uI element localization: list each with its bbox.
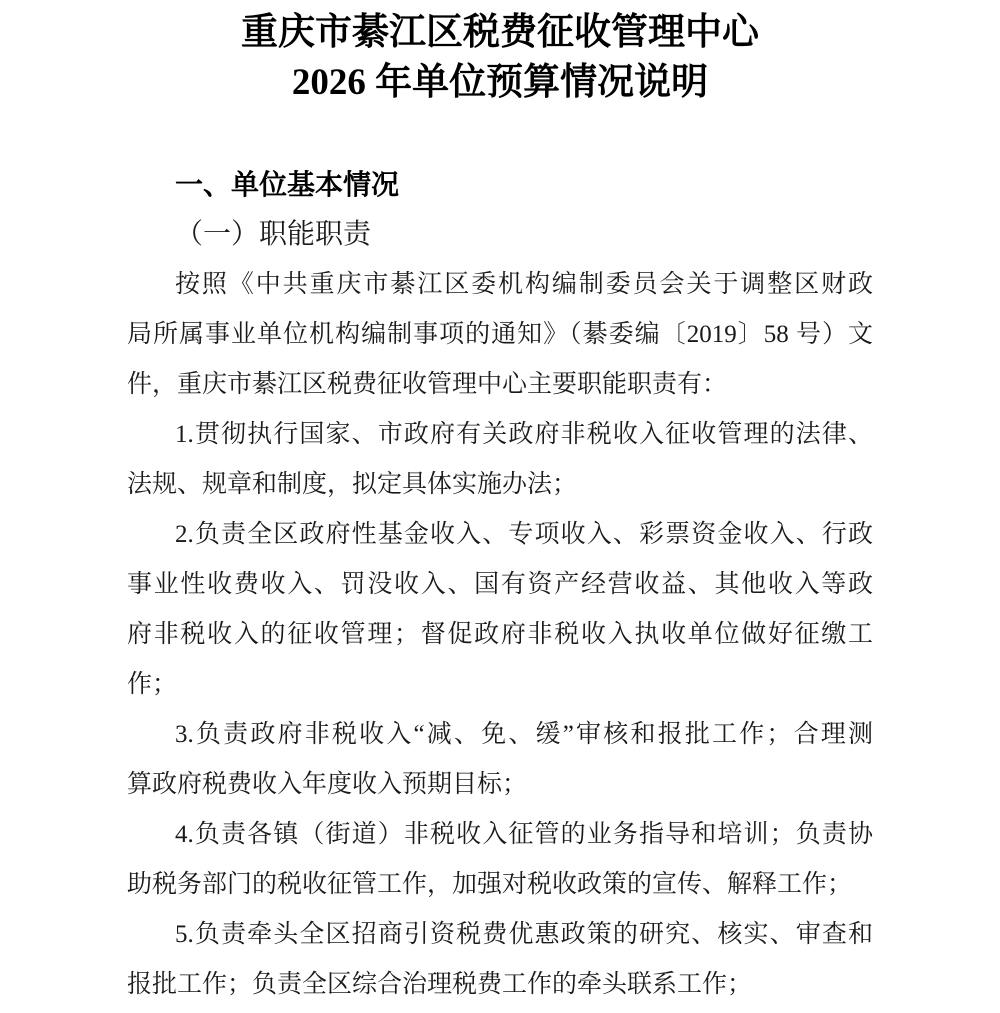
body-line: 事业性收费收入、罚没收入、国有资产经营收益、其他收入等政	[127, 560, 873, 610]
body-line: 4.负责各镇（街道）非税收入征管的业务指导和培训；负责协	[127, 810, 873, 860]
body-line: 2.负责全区政府性基金收入、专项收入、彩票资金收入、行政	[127, 510, 873, 560]
document-content: 重庆市綦江区税费征收管理中心 2026 年单位预算情况说明 一、单位基本情况 （…	[0, 0, 1000, 1010]
body-line: 作；	[127, 660, 873, 710]
document-title-line2: 2026 年单位预算情况说明	[127, 58, 873, 108]
subsection-heading-duties: （一）职能职责	[127, 210, 873, 260]
body-line: 件，重庆市綦江区税费征收管理中心主要职能职责有：	[127, 360, 873, 410]
body-line: 助税务部门的税收征管工作，加强对税收政策的宣传、解释工作；	[127, 860, 873, 910]
body-line: 按照《中共重庆市綦江区委机构编制委员会关于调整区财政	[127, 260, 873, 310]
section-heading-basic-info: 一、单位基本情况	[127, 160, 873, 210]
body-line: 府非税收入的征收管理；督促政府非税收入执收单位做好征缴工	[127, 610, 873, 660]
document-page: 重庆市綦江区税费征收管理中心 2026 年单位预算情况说明 一、单位基本情况 （…	[0, 0, 1000, 1013]
body-line: 3.负责政府非税收入“减、免、缓”审核和报批工作；合理测	[127, 710, 873, 760]
body-line: 1.贯彻执行国家、市政府有关政府非税收入征收管理的法律、	[127, 410, 873, 460]
body-line: 法规、规章和制度，拟定具体实施办法；	[127, 460, 873, 510]
document-title: 重庆市綦江区税费征收管理中心 2026 年单位预算情况说明	[127, 8, 873, 108]
body-line: 报批工作；负责全区综合治理税费工作的牵头联系工作；	[127, 960, 873, 1010]
body-line: 局所属事业单位机构编制事项的通知》（綦委编〔2019〕58 号）文	[127, 310, 873, 360]
document-title-line1: 重庆市綦江区税费征收管理中心	[127, 8, 873, 58]
body-line: 5.负责牵头全区招商引资税费优惠政策的研究、核实、审查和	[127, 910, 873, 960]
document-body: 按照《中共重庆市綦江区委机构编制委员会关于调整区财政局所属事业单位机构编制事项的…	[127, 260, 873, 1010]
body-line: 算政府税费收入年度收入预期目标；	[127, 760, 873, 810]
